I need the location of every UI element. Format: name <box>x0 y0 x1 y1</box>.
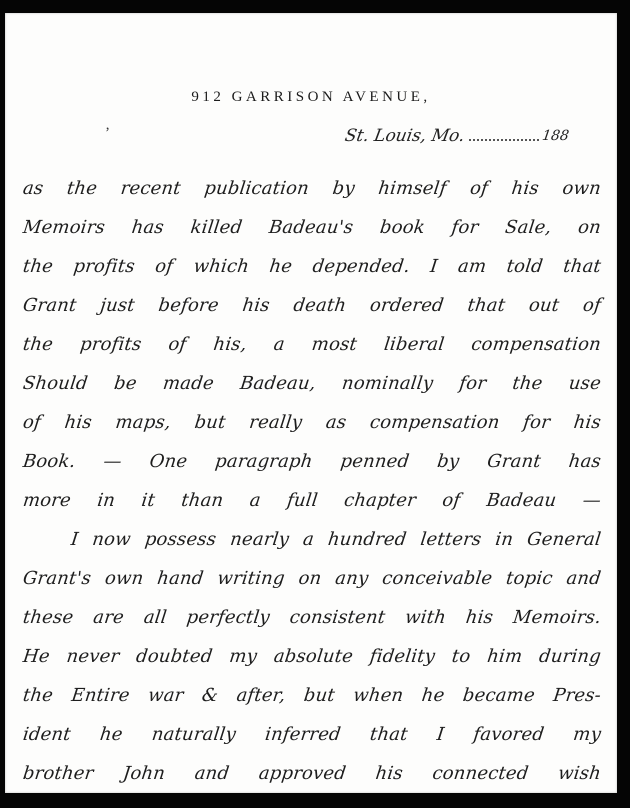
letterhead-address: 912 GARRISON AVENUE, <box>5 89 617 106</box>
handwritten-line: He never doubted my absolute fidelity to… <box>21 637 604 676</box>
handwritten-line: the profits of his, a most liberal compe… <box>21 325 604 364</box>
handwritten-line: the Entire war & after, but when he beca… <box>21 676 604 715</box>
handwritten-line: Grant's own hand writing on any conceiva… <box>21 559 604 598</box>
handwritten-line: ident he naturally inferred that I favor… <box>21 715 604 754</box>
handwritten-line: these are all perfectly consistent with … <box>21 598 604 637</box>
stray-ink-mark: ’ <box>105 125 110 142</box>
handwritten-line: Book. — One paragraph penned by Grant ha… <box>21 442 604 481</box>
letter-body: as the recent publication by himself of … <box>23 169 601 793</box>
dateline-dotted-rule <box>469 139 539 141</box>
handwritten-line-paragraph-start: I now possess nearly a hundred letters i… <box>21 520 604 559</box>
handwritten-line: as the recent publication by himself of … <box>21 169 604 208</box>
handwritten-line: brother John and approved his connected … <box>21 754 604 793</box>
dateline-place: St. Louis, Mo. <box>343 126 466 146</box>
handwritten-line: Memoirs has killed Badeau's book for Sal… <box>21 208 604 247</box>
handwritten-line: the profits of which he depended. I am t… <box>21 247 604 286</box>
handwritten-line: more in it than a full chapter of Badeau… <box>21 481 604 520</box>
letter-page: 912 GARRISON AVENUE, ’ St. Louis, Mo. 18… <box>5 13 617 793</box>
handwritten-line: Should be made Badeau, nominally for the… <box>21 364 604 403</box>
handwritten-line: of his maps, but really as compensation … <box>21 403 604 442</box>
dateline: St. Louis, Mo. 188 <box>345 118 569 146</box>
handwritten-line: Grant just before his death ordered that… <box>21 286 604 325</box>
scan-black-border: 912 GARRISON AVENUE, ’ St. Louis, Mo. 18… <box>0 0 630 808</box>
dateline-year-prefix: 188 <box>541 128 570 146</box>
